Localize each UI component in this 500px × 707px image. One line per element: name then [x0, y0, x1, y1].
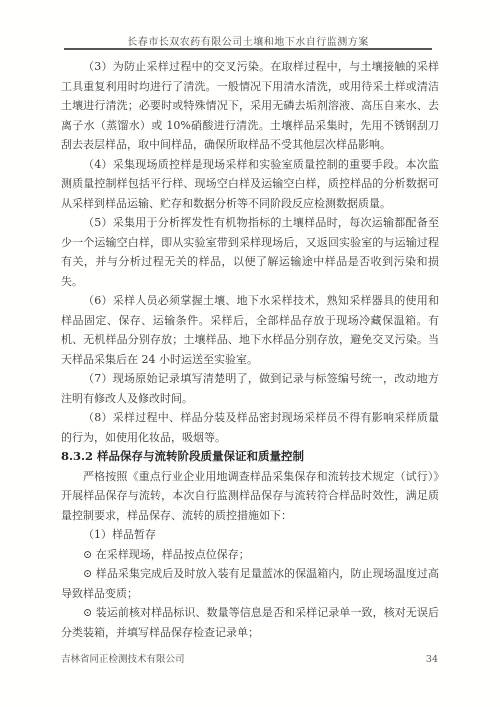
page-footer: 吉林省同正检测技术有限公司 34: [61, 651, 438, 665]
paragraph-6: （6）采样人员必须掌握土壤、地下水采样技术，熟知采样器具的使用和样品固定、保存、…: [61, 291, 439, 369]
paragraph-intro: 严格按照《重点行业企业用地调查样品采集保存和流转技术规定（试行）》开展样品保存与…: [61, 467, 439, 526]
paragraph-item-1: （1）样品暂存: [61, 525, 439, 545]
page-number: 34: [426, 654, 438, 665]
bullet-item-1: ⊙ 在采样现场，样品按点位保存；: [61, 545, 439, 565]
paragraph-7: （7）现场原始记录填写清楚明了，做到记录与标签编号统一，改动地方注明有修改人及修…: [61, 369, 439, 408]
document-page: 长春市长双农药有限公司土壤和地下水自行监测方案 （3）为防止采样过程中的交叉污染…: [0, 0, 500, 707]
paragraph-3: （3）为防止采样过程中的交叉污染。在取样过程中，与土壤接触的采样工具重复利用时均…: [61, 57, 439, 155]
bullet-item-2: ⊙ 样品采集完成后及时放入装有足量蓝冰的保温箱内，防止现场温度过高导致样品变质；: [61, 564, 439, 603]
paragraph-5: （5）采集用于分析挥发性有机物指标的土壤样品时，每次运输都配备至少一个运输空白样…: [61, 213, 439, 291]
header-divider: [64, 48, 432, 50]
page-header-title: 长春市长双农药有限公司土壤和地下水自行监测方案: [64, 33, 432, 48]
document-body: （3）为防止采样过程中的交叉污染。在取样过程中，与土壤接触的采样工具重复利用时均…: [61, 57, 439, 642]
footer-company: 吉林省同正检测技术有限公司: [61, 651, 185, 665]
paragraph-8: （8）采样过程中、样品分装及样品密封现场采样员不得有影响采样质量的行为，如使用化…: [61, 408, 439, 447]
bullet-item-3: ⊙ 装运前核对样品标识、数量等信息是否和采样记录单一致，核对无误后分类装箱，并填…: [61, 603, 439, 642]
paragraph-4: （4）采集现场质控样是现场采样和实验室质量控制的重要手段。本次监测质量控制样包括…: [61, 155, 439, 214]
section-heading-8-3-2: 8.3.2 样品保存与流转阶段质量保证和质量控制: [61, 447, 439, 467]
